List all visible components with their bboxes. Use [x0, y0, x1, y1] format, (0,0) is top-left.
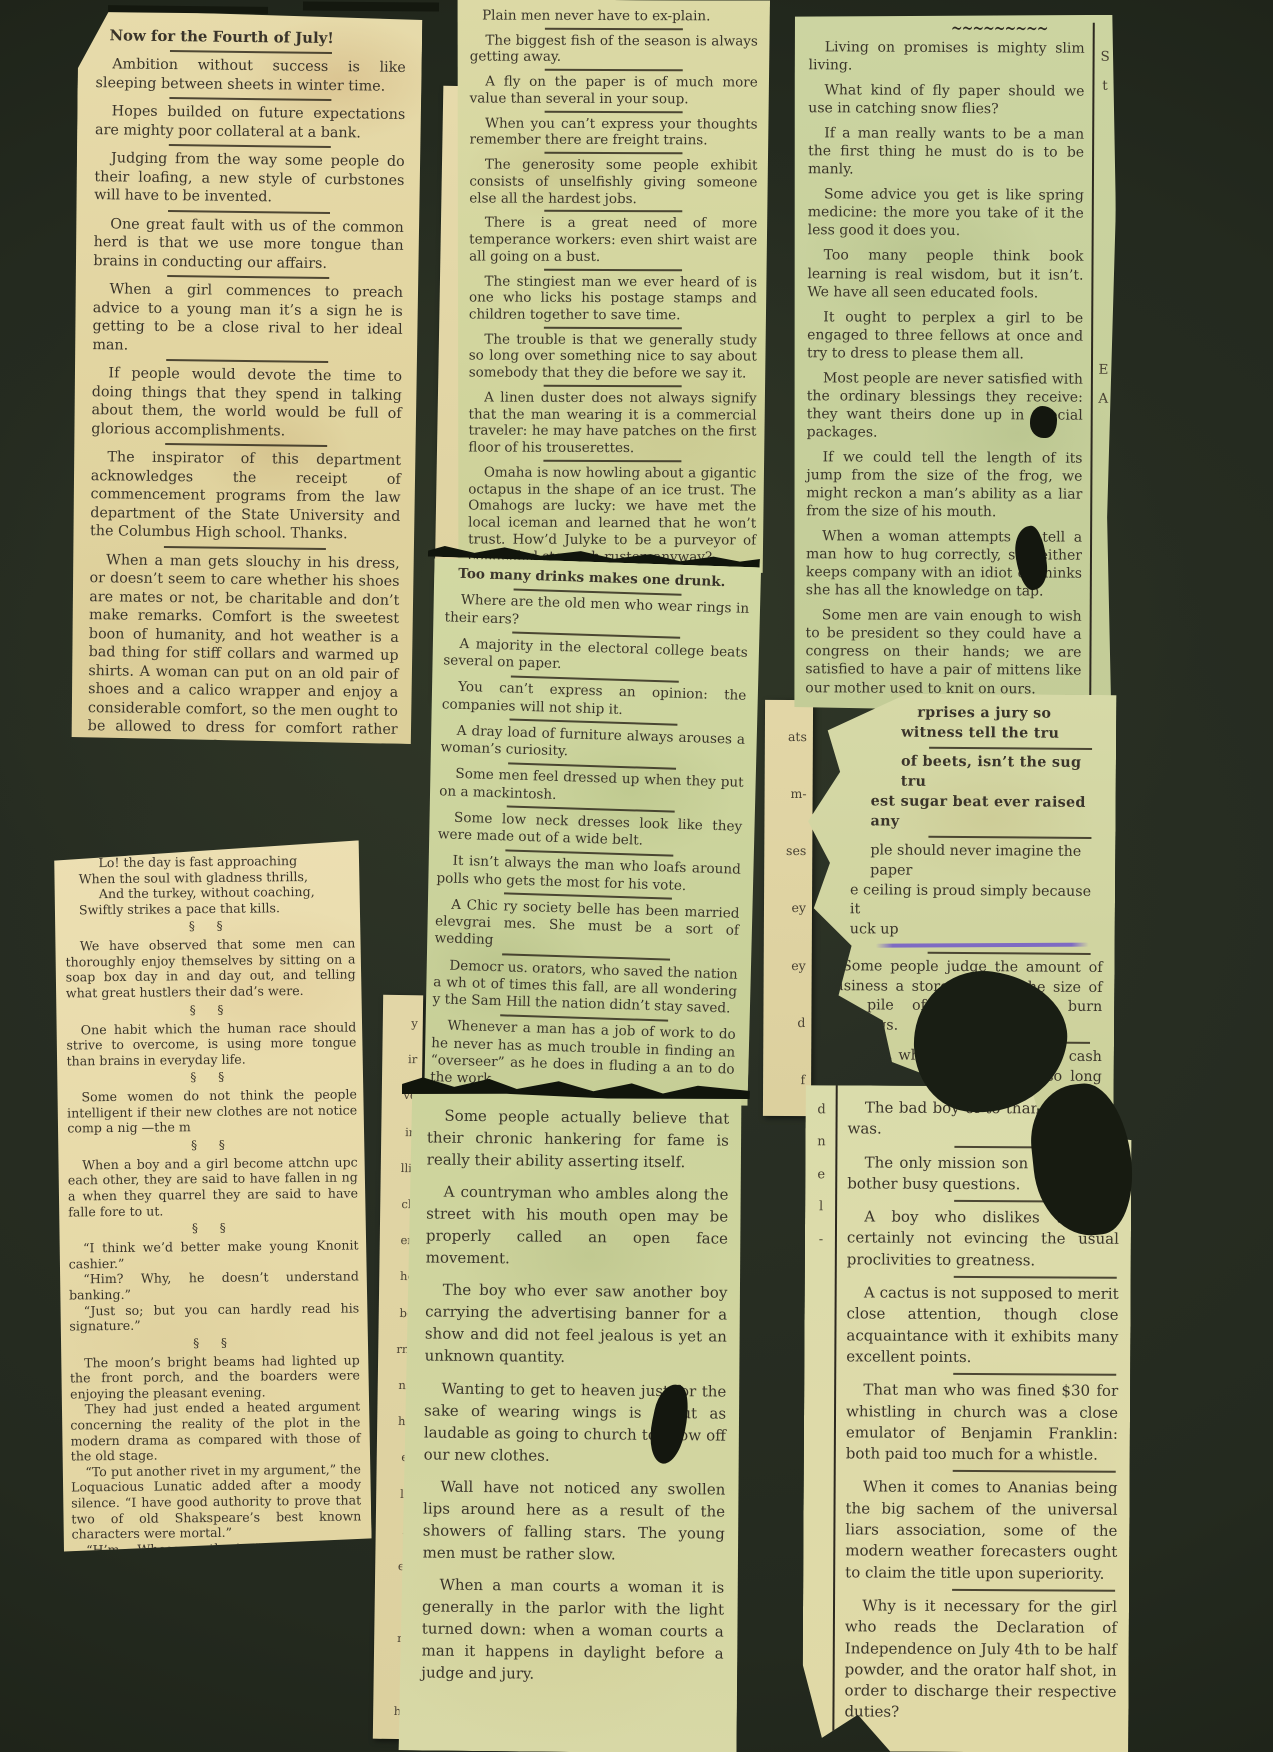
- clipping-paragraph: It isn’t always the man who loafs around…: [436, 852, 741, 896]
- section-mark: § §: [68, 1220, 358, 1238]
- torn-text-fragment: witness tell the tru: [901, 723, 1104, 744]
- clipping-paragraph: “Shakespeare is my authority. And doesn’…: [72, 1586, 362, 1636]
- clipping-paragraph: When it comes to Ananias being the big s…: [845, 1477, 1118, 1585]
- clipping-living-on-promises: ~~~~~~~~~Living on promises is mighty sl…: [791, 13, 1117, 713]
- scrapbook-page: { "colors": { "page_bg": "#2a3026", "ink…: [0, 0, 1273, 1752]
- clipping-paragraph: A cactus is not supposed to merit close …: [846, 1282, 1118, 1369]
- paragraph-divider: [544, 327, 682, 329]
- pencil-underline: [876, 943, 1089, 948]
- clipping-paragraph: “I think we’d better make young Knonit c…: [68, 1238, 358, 1272]
- clipping-some-people-believe: Some people actually believe that their …: [399, 1088, 744, 1752]
- clipping-plain-men: Plain men never have to ex-plain.The big…: [454, 0, 770, 578]
- stray-letter: ats: [788, 729, 807, 744]
- clipping-headline: Plain men never have to ex-plain.: [470, 8, 758, 26]
- torn-text-fragment: rprises a jury so: [917, 704, 1104, 725]
- clipping-paragraph: What kind of fly paper should we use in …: [808, 81, 1084, 119]
- clipping-too-many-drinks: Too many drinks makes one drunk.Where ar…: [413, 553, 764, 1111]
- paragraph-divider: [164, 546, 325, 550]
- adjacent-column-letters: StEA: [1095, 49, 1114, 409]
- column-rule: [832, 1085, 837, 1751]
- clipping-paragraph: If a man really wants to be a man the fi…: [808, 124, 1084, 180]
- paragraph-divider: [952, 1589, 1115, 1592]
- column-rule: [1089, 23, 1095, 703]
- clipping-paragraph: Wall have not noticed any swollen lips a…: [423, 1475, 726, 1566]
- stray-letter: e: [817, 1166, 825, 1184]
- paragraph-divider: [544, 268, 682, 270]
- stray-letter: d: [817, 1101, 825, 1119]
- stray-letter: l: [819, 1199, 823, 1217]
- paragraph-divider: [166, 443, 327, 447]
- clipping-paragraph: When a man courts a woman it is generall…: [421, 1573, 724, 1686]
- torn-paper-edge: [303, 2, 439, 12]
- paragraph-divider: [545, 27, 683, 29]
- clipping-paragraph: That man who was fined $30 for whistling…: [846, 1380, 1118, 1467]
- clipping-paragraph: One great fault with us of the common he…: [93, 215, 404, 274]
- clipping-paragraph: Some low neck dresses look like they wer…: [438, 809, 743, 853]
- section-mark: § §: [65, 918, 355, 936]
- clipping-headline: Too many drinks makes one drunk.: [446, 565, 750, 592]
- clipping-paragraph: When a man gets slouchy in his dress, or…: [87, 551, 399, 758]
- paragraph-divider: [544, 210, 682, 212]
- clipping-paragraph: A dray load of furniture always arouses …: [440, 722, 745, 766]
- paragraph-divider: [544, 152, 682, 154]
- clipping-paragraph: Some men feel dressed up when they put o…: [439, 766, 744, 810]
- squiggle-mark: ~~~~~~~~~: [809, 22, 1085, 43]
- torn-text-fragment: est sugar beat ever raised any: [870, 792, 1103, 833]
- stray-letter: -: [819, 1231, 824, 1249]
- clipping-paragraph: Why is it necessary for the girl who rea…: [844, 1595, 1117, 1724]
- clipping-paragraph: When a boy and a girl become attchn upc …: [68, 1154, 359, 1219]
- paragraph-divider: [543, 460, 681, 462]
- clipping-paragraph: The stingiest man we ever heard of is on…: [469, 273, 757, 324]
- paragraph-divider: [953, 1373, 1116, 1376]
- clipping-poem-turkey: Lo! the day is fast approachingWhen the …: [50, 840, 371, 1551]
- clipping-paragraph: Some advice you get is like spring medic…: [808, 186, 1084, 242]
- clipping-paragraph: Living on promises is mighty slim living…: [809, 38, 1085, 76]
- clipping-paragraph: “Him? Why, he doesn’t understand banking…: [69, 1269, 359, 1303]
- paragraph-divider: [953, 1470, 1116, 1473]
- clipping-paragraph: Democr us. orators, who saved the nation…: [432, 957, 737, 1018]
- stray-letter: ey: [791, 958, 806, 973]
- paragraph-divider: [168, 275, 329, 279]
- clipping-paragraph: We have observed that some men can thoro…: [65, 936, 356, 1001]
- paragraph-divider: [928, 836, 1091, 839]
- clipping-paragraph: The trouble is that we generally study s…: [469, 331, 757, 382]
- adjacent-column-letters: dnel-: [811, 1101, 832, 1249]
- clipping-paragraph: Ambition without success is like sleepin…: [95, 55, 405, 96]
- poem-line: And the turkey, without coaching,: [65, 884, 355, 903]
- paragraph-divider: [544, 385, 682, 387]
- clipping-paragraph: A fly on the paper is of much more value…: [470, 74, 758, 108]
- clipping-paragraph: The moon’s bright beams had lighted up t…: [70, 1352, 360, 1402]
- stray-letter: ses: [786, 843, 806, 858]
- clipping-paragraph: When you can’t express your thoughts rem…: [469, 115, 757, 149]
- paragraph-divider: [170, 50, 331, 54]
- clipping-paragraph: The boy who ever saw another boy carryin…: [425, 1279, 728, 1370]
- clipping-headline: Now for the Fourth of July!: [96, 26, 406, 49]
- section-mark: § §: [69, 1334, 359, 1352]
- clipping-paragraph: One habit which the human race should st…: [66, 1019, 356, 1069]
- stray-letter: ir: [408, 1052, 417, 1066]
- paragraph-divider: [168, 210, 329, 214]
- clipping-paragraph: Judging from the way some people do thei…: [94, 149, 405, 208]
- torn-text-fragment: uck up: [850, 920, 1103, 941]
- torn-text-fragment: ple should never imagine the paper: [870, 842, 1103, 883]
- stray-letter: A: [1098, 391, 1108, 408]
- clipping-paragraph: If people would devote the time to doing…: [91, 364, 402, 442]
- clipping-paragraph: Some men are vain enough to wish to be p…: [805, 607, 1081, 699]
- paragraph-divider: [928, 952, 1091, 955]
- stray-letter: n: [817, 1134, 825, 1152]
- clipping-paragraph: It ought to perplex a girl to be engaged…: [807, 308, 1083, 364]
- section-mark: § §: [66, 1001, 356, 1019]
- stray-letter: d: [797, 1015, 805, 1030]
- clipping-paragraph: They had just ended a heated argument co…: [70, 1399, 361, 1464]
- stray-letter: y: [411, 1016, 418, 1030]
- clipping-paragraph: Some women do not think the people intel…: [67, 1087, 357, 1137]
- paragraph-divider: [169, 144, 330, 148]
- clipping-paragraph: A linen duster does not always signify t…: [468, 389, 756, 457]
- torn-text-fragment: of beets, isn’t the sug tru: [901, 753, 1104, 794]
- paragraph-divider: [929, 747, 1092, 750]
- paragraph-divider: [170, 97, 331, 101]
- stray-letter: E: [1098, 362, 1108, 379]
- paragraph-divider: [544, 110, 682, 112]
- clipping-paragraph: When a girl commences to preach advice t…: [92, 280, 403, 358]
- clipping-paragraph: Hopes builded on future expectations are…: [95, 102, 405, 143]
- clipping-paragraph: A Chic ry society belle has been married…: [434, 896, 739, 957]
- stray-letter: t: [1102, 78, 1108, 95]
- paragraph-divider: [167, 359, 328, 363]
- paragraph-divider: [545, 69, 683, 71]
- clipping-paragraph: The inspirator of this department acknow…: [90, 448, 401, 544]
- stray-letter: ey: [791, 901, 806, 916]
- poem-line: Swiftly strikes a pace that kills.: [65, 899, 355, 918]
- clipping-paragraph: A countryman who ambles along the street…: [426, 1181, 729, 1272]
- clipping-paragraph: The generosity some people exhibit consi…: [469, 157, 757, 208]
- paragraph-divider: [954, 1276, 1117, 1279]
- clipping-paragraph: You can’t express an opinion: the compan…: [442, 679, 747, 723]
- clipping-paragraph: “Just so; but you can hardly read his si…: [69, 1300, 359, 1334]
- clipping-paragraph: If we could tell the length of its jump …: [806, 448, 1082, 522]
- clipping-paragraph: Some people actually believe that their …: [427, 1104, 730, 1173]
- clipping-paragraph: Too many people think book learning is r…: [807, 247, 1083, 303]
- ink-blot: [1030, 406, 1057, 438]
- stray-letter: S: [1100, 49, 1109, 66]
- clipping-paragraph: “To put another rivet in my argument,” t…: [71, 1461, 362, 1542]
- stray-letter: m-: [790, 786, 806, 801]
- clipping-paragraph: “H’m. Whose authority,” Hi Lonesum rathe…: [72, 1539, 362, 1589]
- clipping-fourth-of-july: Now for the Fourth of July!Ambition with…: [70, 10, 423, 744]
- stray-letter: f: [800, 1072, 805, 1087]
- clipping-paragraph: Where are the old men who wear rings in …: [444, 592, 749, 636]
- clipping-paragraph: The biggest fish of the season is always…: [470, 32, 758, 66]
- stray-clipping-strip: atsm-seseyeydf: [763, 700, 813, 1116]
- clipping-paragraph: A majority in the electoral college beat…: [443, 635, 748, 679]
- clipping-paragraph: There is a great need of more temperance…: [469, 215, 757, 266]
- section-mark: § §: [67, 1069, 357, 1087]
- section-mark: § §: [67, 1136, 357, 1154]
- torn-text-fragment: e ceiling is proud simply because it: [850, 881, 1103, 922]
